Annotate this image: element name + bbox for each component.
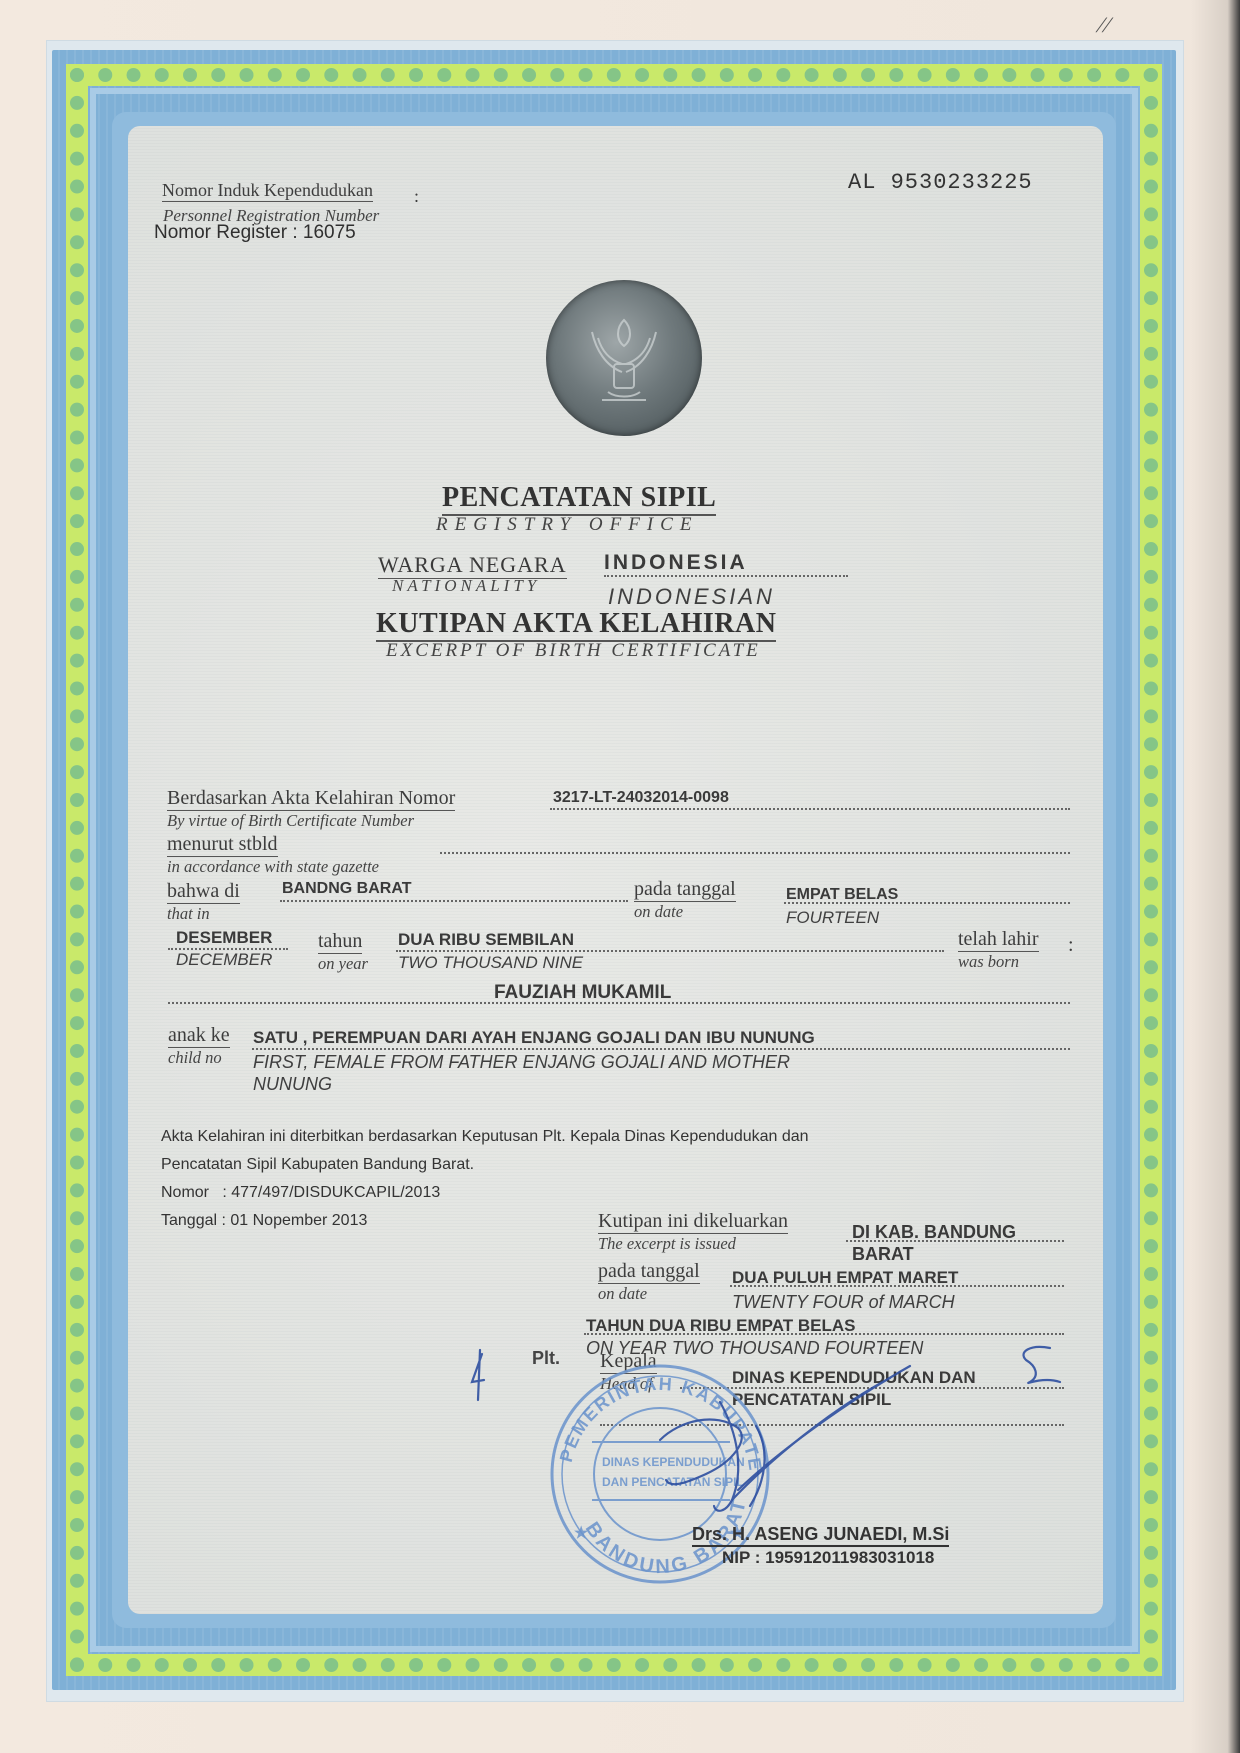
cert-number-value: 3217-LT-24032014-0098 bbox=[553, 789, 729, 807]
cert-number-label: Berdasarkan Akta Kelahiran Nomor bbox=[167, 787, 455, 811]
cert-number-dotted-line bbox=[550, 808, 1070, 810]
date-label-en: on date bbox=[634, 902, 683, 922]
month-value-en: DECEMBER bbox=[176, 950, 272, 970]
child-no-value-en-2: NUNUNG bbox=[253, 1074, 332, 1095]
year-value: DUA RIBU SEMBILAN bbox=[398, 930, 574, 950]
child-name-dotted-line bbox=[168, 1002, 1070, 1004]
issued-place-line-2: BARAT bbox=[852, 1244, 914, 1265]
place-value: BANDNG BARAT bbox=[282, 880, 411, 898]
decree-line-1: Akta Kelahiran ini diterbitkan berdasark… bbox=[161, 1128, 809, 1146]
issued-date-value-en: TWENTY FOUR of MARCH bbox=[732, 1292, 955, 1313]
decree-line-2: Pencatatan Sipil Kabupaten Bandung Barat… bbox=[161, 1156, 474, 1174]
born-colon: : bbox=[1068, 934, 1074, 957]
child-no-label: anak ke bbox=[168, 1024, 230, 1048]
issued-label: Kutipan ini dikeluarkan bbox=[598, 1210, 788, 1234]
signatory-nip: NIP : 195912011983031018 bbox=[722, 1548, 934, 1568]
stbld-label: menurut stbld bbox=[167, 833, 278, 857]
nik-label: Nomor Induk Kependudukan bbox=[162, 180, 373, 202]
date-label: pada tanggal bbox=[634, 878, 736, 902]
signatory-name: Drs. H. ASENG JUNAEDI, M.Si bbox=[692, 1524, 949, 1547]
issued-label-en: The excerpt is issued bbox=[598, 1234, 736, 1254]
year-dotted-line bbox=[396, 950, 944, 952]
child-name: FAUZIAH MUKAMIL bbox=[494, 982, 671, 1004]
day-dotted-line bbox=[784, 902, 1070, 904]
signature bbox=[470, 1330, 1110, 1530]
office-title: PENCATATAN SIPIL bbox=[442, 482, 716, 516]
issued-date-label-en: on date bbox=[598, 1284, 647, 1304]
serial-number: AL 9530233225 bbox=[848, 170, 1033, 195]
place-label: bahwa di bbox=[167, 880, 240, 904]
child-no-dotted-line bbox=[252, 1048, 1070, 1050]
child-no-value: SATU , PEREMPUAN DARI AYAH ENJANG GOJALI… bbox=[253, 1028, 815, 1048]
nationality-label-en: NATIONALITY bbox=[392, 576, 540, 596]
stbld-label-en: in accordance with state gazette bbox=[167, 857, 379, 877]
issued-date-label: pada tanggal bbox=[598, 1260, 700, 1284]
document-title: KUTIPAN AKTA KELAHIRAN bbox=[376, 608, 776, 642]
child-no-value-en-1: FIRST, FEMALE FROM FATHER ENJANG GOJALI … bbox=[253, 1052, 790, 1073]
issued-place-dotted-line bbox=[846, 1240, 1064, 1242]
child-no-label-en: child no bbox=[168, 1048, 222, 1068]
nik-colon: : bbox=[414, 186, 419, 207]
register-number: Nomor Register : 16075 bbox=[154, 222, 356, 244]
year-value-en: TWO THOUSAND NINE bbox=[398, 953, 583, 973]
office-title-en: REGISTRY OFFICE bbox=[436, 514, 698, 536]
year-label: tahun bbox=[318, 930, 362, 954]
nationality-value: INDONESIA bbox=[604, 551, 748, 575]
document-title-en: EXCERPT OF BIRTH CERTIFICATE bbox=[386, 640, 761, 662]
nationality-value-en: INDONESIAN bbox=[608, 584, 775, 610]
born-label-en: was born bbox=[958, 952, 1019, 972]
nationality-dotted-line bbox=[604, 575, 848, 577]
garuda-emblem-icon bbox=[546, 280, 702, 436]
born-label: telah lahir bbox=[958, 928, 1039, 952]
cert-number-label-en: By virtue of Birth Certificate Number bbox=[167, 811, 414, 831]
decree-date: Tanggal : 01 Nopember 2013 bbox=[161, 1212, 367, 1230]
day-value-en: FOURTEEN bbox=[786, 908, 879, 928]
nationality-label: WARGA NEGARA bbox=[378, 552, 567, 579]
month-value: DESEMBER bbox=[176, 928, 272, 948]
place-label-en: that in bbox=[167, 904, 210, 924]
issued-date-dotted-line bbox=[730, 1285, 1064, 1287]
decree-number: Nomor : 477/497/DISDUKCAPIL/2013 bbox=[161, 1184, 440, 1202]
year-label-en: on year bbox=[318, 954, 368, 974]
stbld-dotted-line bbox=[440, 852, 1070, 854]
place-dotted-line bbox=[280, 900, 628, 902]
